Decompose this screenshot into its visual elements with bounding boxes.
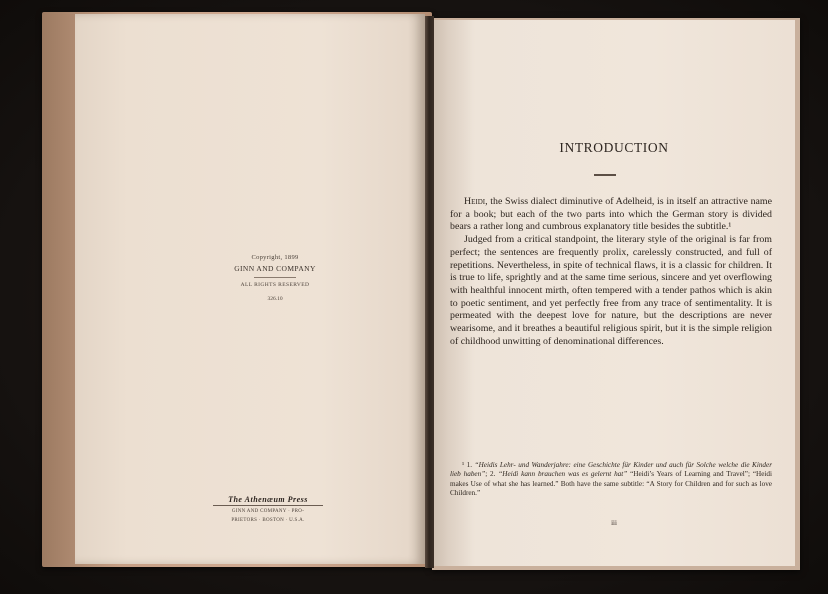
page-title: INTRODUCTION — [433, 140, 795, 156]
paragraph-1: Heidi, the Swiss dialect diminutive of A… — [450, 196, 772, 234]
footnote-translation-1: “Heidi’s Years of Learning and Travel”; — [627, 470, 750, 478]
copyright-block: Copyright, 1899 GINN AND COMPANY ALL RIG… — [195, 254, 355, 302]
press-imprint: The Athenæum Press GINN AND COMPANY · PR… — [213, 495, 323, 524]
footnote-text: ¹ 1. “Heidis Lehr- und Wanderjahre: eine… — [450, 461, 772, 498]
book-gutter — [425, 16, 434, 568]
paragraph-text: , the Swiss dialect diminutive of Adelhe… — [450, 196, 772, 232]
catalog-number: 326.10 — [195, 296, 355, 302]
paragraph-2: Judged from a critical standpoint, the l… — [450, 234, 772, 348]
paragraph-text: Judged from a critical standpoint, the l… — [450, 234, 772, 347]
press-name: The Athenæum Press — [213, 495, 323, 506]
page-number: iii — [433, 519, 795, 527]
introduction-body: Heidi, the Swiss dialect diminutive of A… — [450, 196, 772, 348]
press-line-2: PRIETORS · BOSTON · U.S.A. — [213, 517, 323, 524]
copyright-rule — [254, 277, 296, 278]
rights-reserved: ALL RIGHTS RESERVED — [195, 282, 355, 288]
footnote-marker: ¹ 1. — [462, 461, 472, 469]
publisher-name: GINN AND COMPANY — [195, 264, 355, 273]
title-ornament-rule — [594, 174, 616, 176]
paragraph-lead: Heidi — [464, 196, 485, 207]
copyright-year: Copyright, 1899 — [195, 254, 355, 261]
footnote-title-2: “Heidi kann brauchen was es gelernt hat” — [498, 470, 627, 478]
footnote-sep: ; 2. — [485, 470, 495, 478]
open-book: Copyright, 1899 GINN AND COMPANY ALL RIG… — [0, 0, 828, 594]
press-line-1: GINN AND COMPANY · PRO- — [213, 508, 323, 515]
footnote: ¹ 1. “Heidis Lehr- und Wanderjahre: eine… — [450, 461, 772, 498]
